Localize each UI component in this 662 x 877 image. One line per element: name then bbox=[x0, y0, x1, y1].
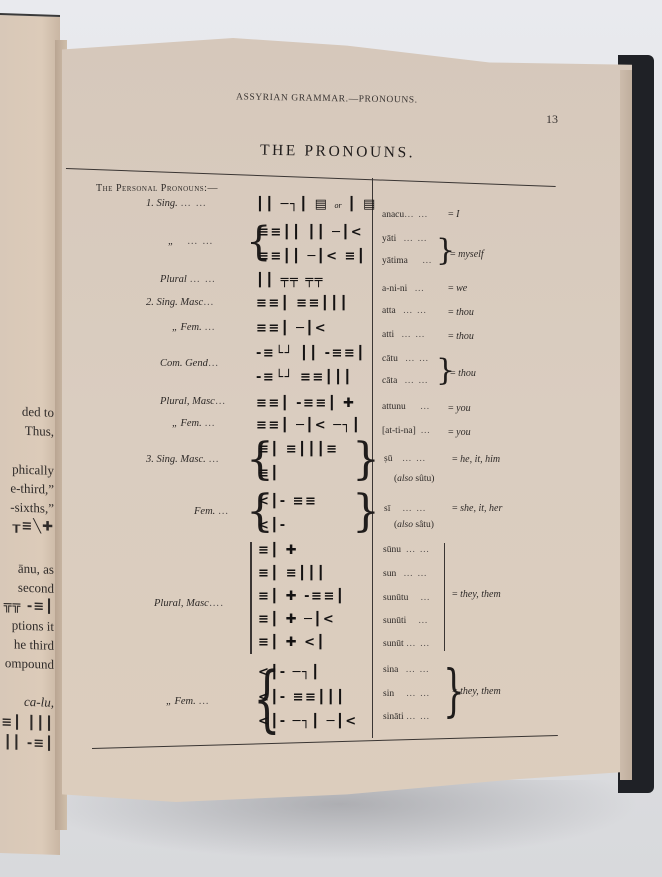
row-label: „ Fem. … bbox=[172, 322, 216, 333]
row-label: 1. Sing. … … bbox=[146, 198, 207, 209]
transliteration: atta … … bbox=[382, 306, 427, 316]
right-brace: } bbox=[352, 438, 380, 482]
row-label: Com. Gend… bbox=[160, 358, 219, 369]
row-label: „ Fem. … bbox=[172, 418, 216, 429]
cuneiform-sign: <┃- bbox=[258, 518, 287, 533]
meaning: = they, them bbox=[452, 589, 501, 600]
row-label: 3. Sing. Masc. … bbox=[146, 454, 220, 465]
transliteration: yāti … … bbox=[382, 234, 428, 244]
running-head: ASSYRIAN GRAMMAR.—PRONOUNS. bbox=[236, 92, 418, 105]
meaning: = myself bbox=[450, 249, 484, 260]
meaning: = we bbox=[448, 283, 467, 294]
transliteration: sūnu … … bbox=[383, 545, 430, 555]
transliteration: sina … … bbox=[383, 665, 430, 675]
row-label: Plural, Masc… bbox=[160, 396, 226, 407]
cuneiform-sign: -≡└┘ ≡≡┃┃┃ bbox=[256, 370, 353, 385]
row-label: Fem. … bbox=[194, 506, 229, 517]
cuneiform-sign: ≡≡┃┃ ─┃< ≡┃ bbox=[258, 249, 366, 264]
cuneiform-sign: ≡┃ ✚ <┃ bbox=[258, 635, 326, 650]
transliteration: sī … … bbox=[384, 504, 427, 514]
right-brace: } bbox=[352, 490, 380, 534]
transliteration: attunu … bbox=[382, 402, 431, 412]
bracket-line bbox=[250, 542, 252, 654]
cuneiform-sign: ┃┃ ─┐┃ ▤ or ┃ ▤ bbox=[256, 197, 377, 212]
cuneiform-sign: <┃- ─┐┃ bbox=[258, 665, 321, 680]
cuneiform-sign: <┃- ≡≡┃┃┃ bbox=[258, 690, 345, 705]
transliteration: sunūti … bbox=[383, 616, 429, 626]
right-page-content: ASSYRIAN GRAMMAR.—PRONOUNS. 13 THE PRONO… bbox=[0, 0, 662, 877]
cuneiform-sign: ≡≡┃ ─┃< ─┐┃ bbox=[256, 418, 361, 433]
row-label: „ … … bbox=[168, 236, 214, 247]
cuneiform-sign: ≡┃ ≡┃┃┃ bbox=[258, 566, 326, 581]
alternate-form: (also sûtu) bbox=[394, 474, 434, 484]
page-number: 13 bbox=[546, 112, 558, 127]
meaning: = thou bbox=[448, 331, 474, 342]
cuneiform-sign: ≡≡┃┃ ┃┃ ─┃< bbox=[258, 225, 363, 240]
transliteration: sun … … bbox=[383, 569, 428, 579]
transliteration: sināti … … bbox=[383, 712, 430, 722]
transliteration: sin … … bbox=[383, 689, 430, 699]
transliteration: [at-ti-na] … bbox=[382, 426, 431, 436]
bottom-rule bbox=[92, 735, 558, 749]
meaning: = I bbox=[448, 209, 459, 220]
transliteration: sunūt … … bbox=[383, 639, 430, 649]
meaning: = you bbox=[448, 403, 471, 414]
transliteration: atti … … bbox=[382, 330, 426, 340]
alternate-form: (also sâtu) bbox=[394, 520, 434, 530]
cuneiform-sign: ≡┃ ✚ bbox=[258, 543, 298, 558]
meaning: = they, them bbox=[452, 686, 501, 697]
cuneiform-sign: <┃- ≡≡ bbox=[258, 494, 317, 509]
transliteration: anacu… … bbox=[382, 210, 429, 220]
cuneiform-sign: ≡≡┃ ≡≡┃┃┃ bbox=[256, 296, 349, 311]
cuneiform-sign: ┃┃ ╤╤ ╤╤ bbox=[256, 273, 324, 288]
transliteration: ṣū … … bbox=[384, 454, 426, 464]
row-label: Plural … … bbox=[160, 274, 216, 285]
meaning: = thou bbox=[450, 368, 476, 379]
bracket-line bbox=[444, 543, 445, 651]
cuneiform-sign: ≡┃ bbox=[258, 466, 280, 481]
meaning: = she, it, her bbox=[452, 503, 502, 514]
meaning: = you bbox=[448, 427, 471, 438]
row-label: „ Fem. … bbox=[166, 696, 210, 707]
row-label: Plural, Masc…. bbox=[154, 598, 224, 609]
transliteration: yātima … bbox=[382, 256, 433, 266]
cuneiform-sign: ≡≡┃ -≡≡┃ ✚ bbox=[256, 396, 356, 411]
transliteration: cāta … … bbox=[382, 376, 429, 386]
cuneiform-sign: -≡└┘ ┃┃ -≡≡┃ bbox=[256, 346, 366, 361]
row-label: 2. Sing. Masc… bbox=[146, 297, 215, 308]
meaning: = thou bbox=[448, 307, 474, 318]
cuneiform-sign: ≡┃ ✚ ─┃< bbox=[258, 612, 335, 627]
transliteration: a-ni-ni … bbox=[382, 284, 425, 294]
section-heading: The Personal Pronouns:— bbox=[96, 183, 218, 194]
page-title: THE PRONOUNS. bbox=[260, 142, 416, 163]
transliteration: sunūtu … bbox=[383, 593, 431, 603]
meaning: = he, it, him bbox=[452, 454, 500, 465]
cuneiform-sign: ≡┃ ✚ -≡≡┃ bbox=[258, 589, 345, 604]
cuneiform-sign: <┃- ─┐┃ ─┃< bbox=[258, 714, 358, 729]
cuneiform-sign: ≡≡┃ ─┃< bbox=[256, 321, 327, 336]
transliteration: cātu … … bbox=[382, 354, 429, 364]
cuneiform-sign: ≡┃ ≡┃┃┃≡ bbox=[258, 442, 339, 457]
